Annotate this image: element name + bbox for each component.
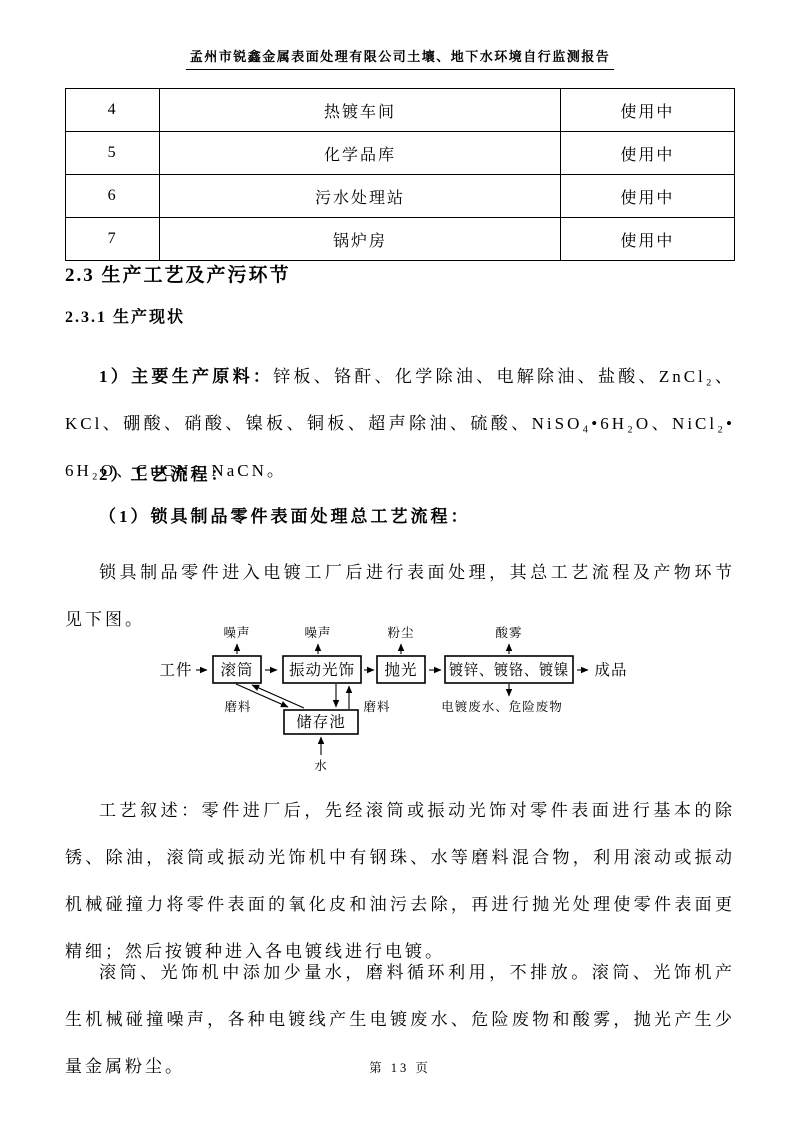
- flow-input-label: 工件: [159, 661, 192, 679]
- row-number: 5: [66, 132, 160, 175]
- raw-materials-lead: 1）主要生产原料：: [99, 367, 273, 386]
- process-flow-diagram: 噪声 噪声 粉尘 酸雾 工件 滚筒 振动光饰 抛光 镀锌、镀铬、镀镍 成品: [140, 620, 652, 774]
- step-label-plating: 镀锌、镀铬、镀镍: [449, 661, 569, 679]
- flow-diagram-svg: 噪声 噪声 粉尘 酸雾 工件 滚筒 振动光饰 抛光 镀锌、镀铬、镀镍 成品: [140, 620, 652, 774]
- facility-name: 锅炉房: [160, 218, 561, 261]
- table-row: 4 热镀车间 使用中: [66, 89, 735, 132]
- emission-label-dust: 粉尘: [387, 625, 414, 640]
- page-number: 第 13 页: [369, 1061, 431, 1075]
- section-heading-2-3-1: 2.3.1 生产现状: [65, 305, 735, 331]
- exchange-arrow-icon: [252, 685, 304, 708]
- document-page: 孟州市锐鑫金属表面处理有限公司土壤、地下水环境自行监测报告 4 热镀车间 使用中…: [0, 0, 800, 1132]
- page-footer: 第 13 页: [65, 1058, 735, 1076]
- page-header: 孟州市锐鑫金属表面处理有限公司土壤、地下水环境自行监测报告: [65, 46, 735, 70]
- facility-status: 使用中: [560, 175, 734, 218]
- facility-status: 使用中: [560, 132, 734, 175]
- abrasive-label-left: 磨料: [224, 699, 251, 714]
- water-label: 水: [314, 758, 328, 773]
- table-row: 6 污水处理站 使用中: [66, 175, 735, 218]
- emission-label-noise-1: 噪声: [223, 625, 250, 640]
- abrasive-label-right: 磨料: [363, 699, 390, 714]
- facility-status: 使用中: [560, 89, 734, 132]
- step-label-polishing: 抛光: [384, 661, 417, 679]
- emission-label-noise-2: 噪声: [304, 625, 331, 640]
- facility-status: 使用中: [560, 218, 734, 261]
- section-heading-2-3: 2.3 生产工艺及产污环节: [65, 262, 735, 290]
- table-row: 5 化学品库 使用中: [66, 132, 735, 175]
- row-number: 7: [66, 218, 160, 261]
- flow-output-label: 成品: [594, 661, 627, 679]
- row-number: 6: [66, 175, 160, 218]
- facility-name: 污水处理站: [160, 175, 561, 218]
- subheading-process-flow: 2）工艺流程：: [65, 460, 735, 490]
- waste-label: 电镀废水、危险废物: [441, 699, 563, 714]
- step-label-vibratory-finishing: 振动光饰: [289, 661, 355, 679]
- facility-name: 化学品库: [160, 132, 561, 175]
- row-number: 4: [66, 89, 160, 132]
- facility-table: 4 热镀车间 使用中 5 化学品库 使用中 6 污水处理站 使用中 7 锅炉房 …: [65, 88, 735, 261]
- table-row: 7 锅炉房 使用中: [66, 218, 735, 261]
- emission-label-acid-mist: 酸雾: [495, 626, 522, 640]
- subheading-lock-parts-flow: （1）锁具制品零件表面处理总工艺流程：: [65, 502, 735, 532]
- paragraph-process-description: 工艺叙述：零件进厂后，先经滚筒或振动光饰对零件表面进行基本的除锈、除油，滚筒或振…: [65, 787, 735, 975]
- facility-name: 热镀车间: [160, 89, 561, 132]
- storage-tank-label: 储存池: [296, 713, 346, 731]
- header-title: 孟州市锐鑫金属表面处理有限公司土壤、地下水环境自行监测报告: [186, 46, 615, 70]
- step-label-tumbler: 滚筒: [220, 661, 253, 679]
